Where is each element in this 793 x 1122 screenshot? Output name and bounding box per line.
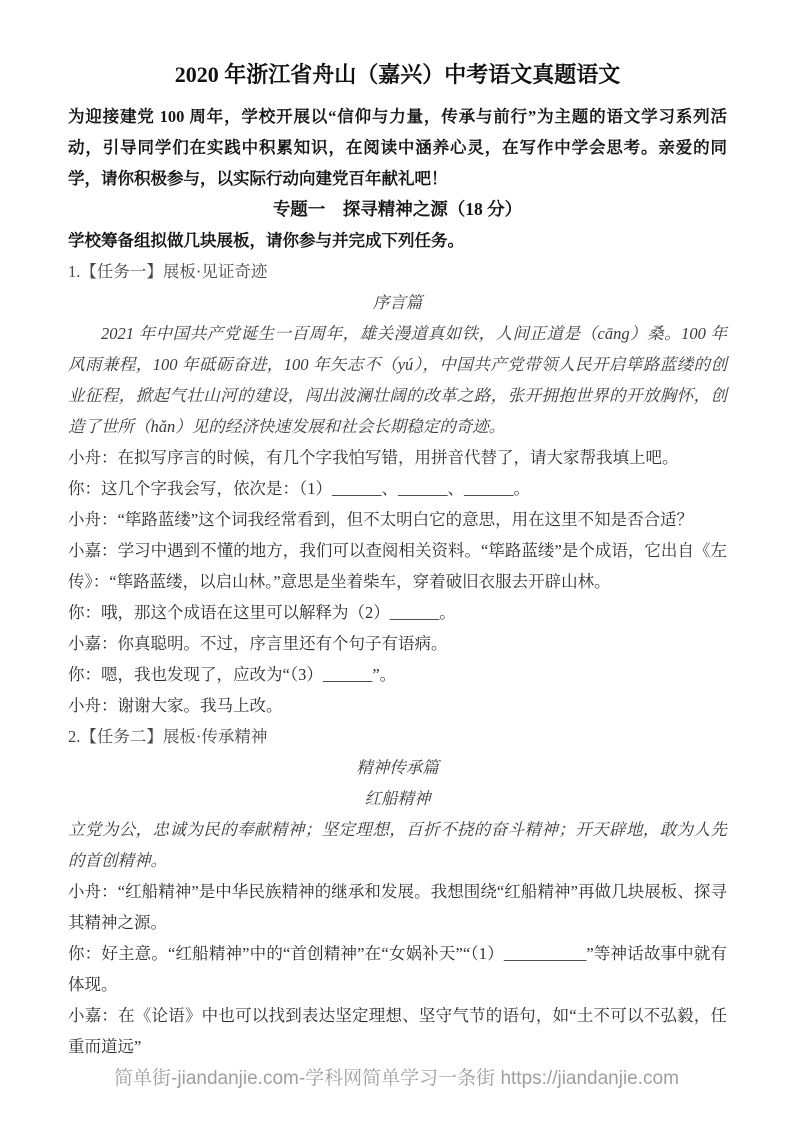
task2-subtitle: 精神传承篇 (68, 752, 727, 783)
task1-dialog-line: 你：哦，那这个成语在这里可以解释为（2）______。 (68, 597, 727, 628)
task1-dialog-line: 小舟：谢谢大家。我马上改。 (68, 690, 727, 721)
task2-passage: 立党为公，忠诚为民的奉献精神；坚定理想，百折不挠的奋斗精神；开天辟地，敢为人先的… (68, 814, 727, 876)
task1-dialog-line: 小嘉：学习中遇到不懂的地方，我们可以查阅相关资料。“筚路蓝缕”是个成语，它出自《… (68, 535, 727, 597)
task2-label: 2.【任务二】展板·传承精神 (68, 721, 727, 752)
task1-dialog-line: 小舟：“筚路蓝缕”这个词我经常看到，但不太明白它的意思，用在这里不知是否合适？ (68, 504, 727, 535)
task1-dialog-line: 你：嗯，我也发现了，应改为“（3）______”。 (68, 659, 727, 690)
task1-dialog-line: 你：这几个字我会写，依次是：（1）______、______、______。 (68, 473, 727, 504)
task2-topic: 红船精神 (68, 783, 727, 814)
document-title: 2020 年浙江省舟山（嘉兴）中考语文真题语文 (68, 58, 727, 92)
task1-subtitle: 序言篇 (68, 287, 727, 318)
task2-dialog-line: 小舟：“红船精神”是中华民族精神的继承和发展。我想围绕“红船精神”再做几块展板、… (68, 876, 727, 938)
task1-label: 1.【任务一】展板·见证奇迹 (68, 256, 727, 287)
section-one-lead: 学校筹备组拟做几块展板，请你参与并完成下列任务。 (68, 225, 727, 256)
section-one-heading: 专题一 探寻精神之源（18 分） (68, 194, 727, 225)
task1-passage: 2021 年中国共产党诞生一百周年，雄关漫道真如铁，人间正道是（cāng）桑。1… (68, 318, 727, 442)
task2-dialog-line: 小嘉：在《论语》中也可以找到表达坚定理想、坚守气节的语句，如“土不可以不弘毅，任… (68, 1000, 727, 1062)
task2-dialog-line: 你：好主意。“红船精神”中的“首创精神”在“女娲补天”“（1）_________… (68, 938, 727, 1000)
intro-paragraph: 为迎接建党 100 周年，学校开展以“信仰与力量，传承与前行”为主题的语文学习系… (68, 101, 727, 194)
exam-document-page: 2020 年浙江省舟山（嘉兴）中考语文真题语文 为迎接建党 100 周年，学校开… (0, 0, 793, 1062)
task1-dialog-line: 小舟：在拟写序言的时候，有几个字我怕写错，用拼音代替了，请大家帮我填上吧。 (68, 442, 727, 473)
watermark-footer: 简单街-jiandanjie.com-学科网简单学习一条街 https://ji… (0, 1063, 793, 1090)
task1-dialog-line: 小嘉：你真聪明。不过，序言里还有个句子有语病。 (68, 628, 727, 659)
